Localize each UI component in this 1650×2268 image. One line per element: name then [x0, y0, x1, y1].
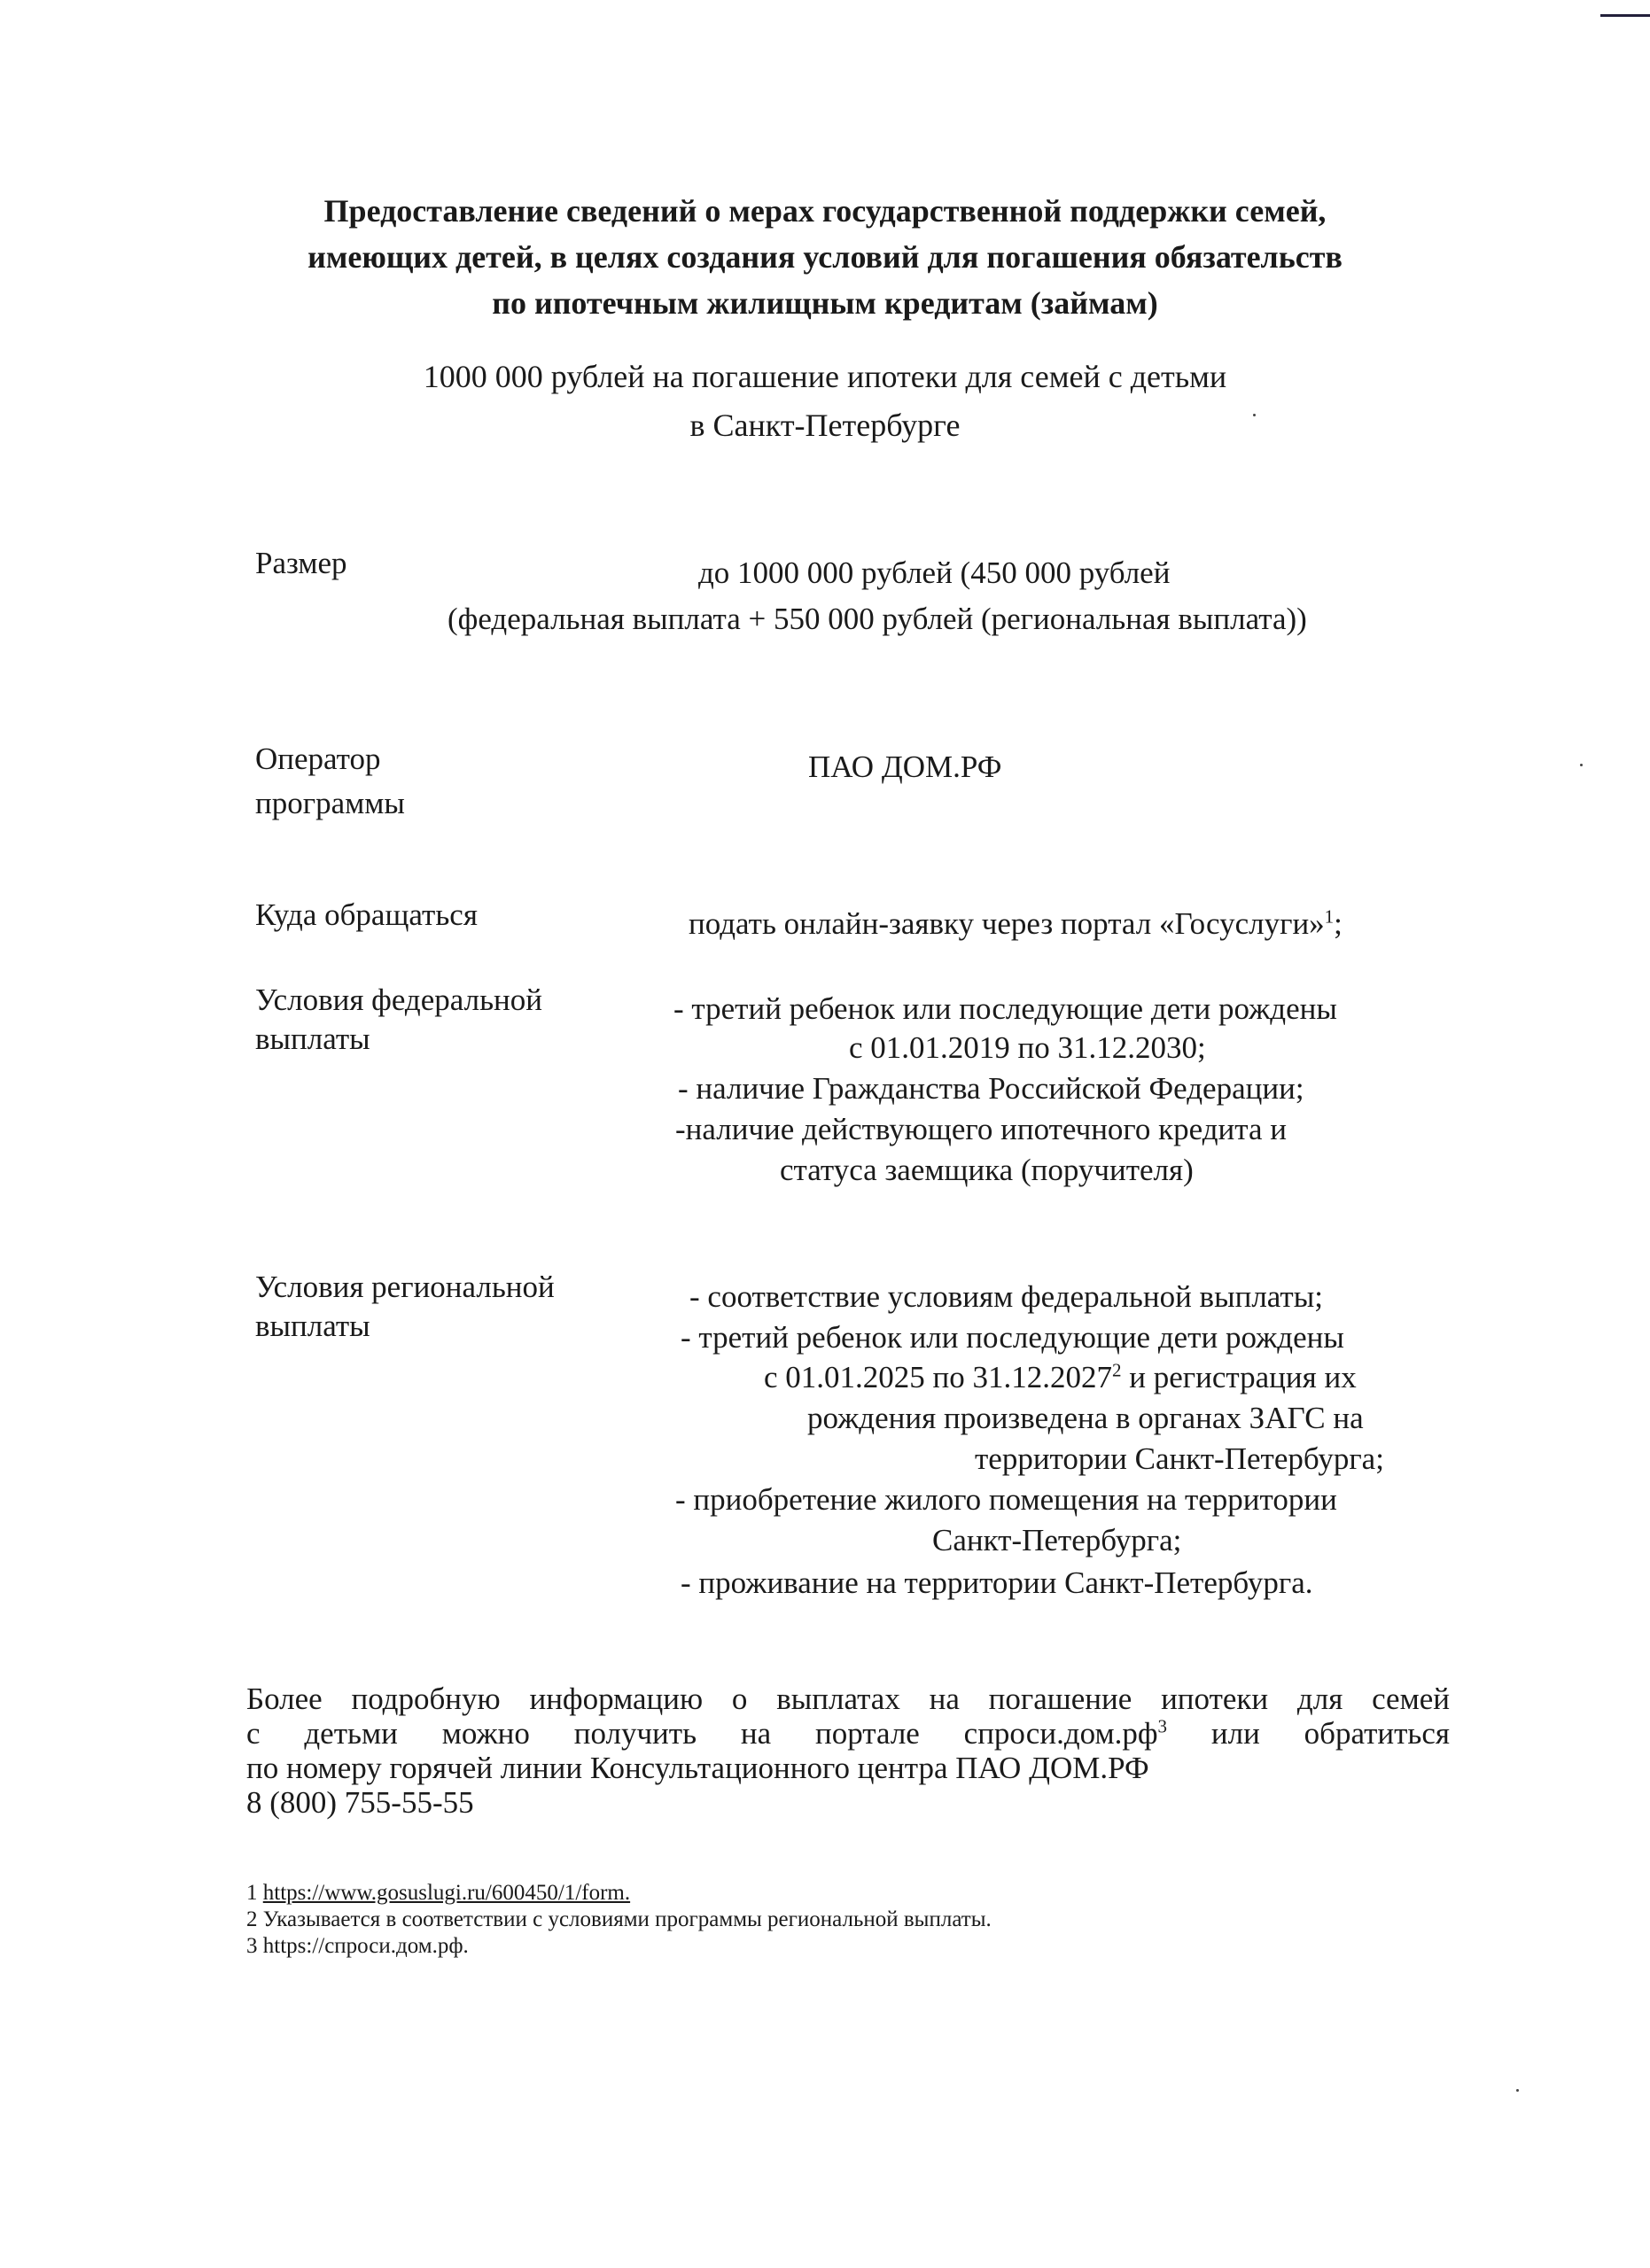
regional-condition-line-1: - соответствие условиям федеральной выпл… — [689, 1278, 1323, 1316]
footnote-3-text: https://спроси.дом.рф. — [263, 1934, 469, 1958]
scan-corner-mark — [1600, 14, 1650, 17]
footnote-ref-2: 2 — [1112, 1359, 1122, 1380]
federal-label-line-1: Условия федеральной — [255, 982, 542, 1019]
regional-condition-line-3: с 01.01.2025 по 31.12.20272 и регистраци… — [764, 1359, 1357, 1396]
footnote-ref-1: 1 — [1325, 905, 1335, 927]
federal-condition-line-4: -наличие действующего ипотечного кредита… — [675, 1111, 1287, 1148]
info-line-3: по номеру горячей линии Консультационног… — [246, 1751, 1450, 1785]
info-paragraph: Более подробную информацию о выплатах на… — [246, 1682, 1450, 1820]
document-title-line-2: имеющих детей, в целях создания условий … — [0, 235, 1650, 279]
size-value-line-1: до 1000 000 рублей (450 000 рублей — [698, 555, 1170, 592]
footnote-3: 3 https://спроси.дом.рф. — [246, 1933, 469, 1959]
regional-condition-line-2: - третий ребенок или последующие дети ро… — [681, 1319, 1344, 1356]
footnote-ref-3: 3 — [1158, 1715, 1168, 1736]
hotline-phone: 8 (800) 755-55-55 — [246, 1785, 1450, 1820]
regional-label-line-1: Условия региональной — [255, 1269, 555, 1306]
subtitle-line-1: 1000 000 рублей на погашение ипотеки для… — [0, 352, 1650, 401]
document-title-line-1: Предоставление сведений о мерах государс… — [0, 189, 1650, 233]
info-line-2-after: или обратиться — [1167, 1716, 1450, 1751]
where-value-text: подать онлайн-заявку через портал «Госус… — [689, 906, 1325, 941]
scan-speck — [1516, 2089, 1519, 2092]
federal-condition-line-5: статуса заемщика (поручителя) — [780, 1152, 1194, 1189]
footnote-3-number: 3 — [246, 1934, 258, 1958]
scan-speck — [1580, 764, 1583, 766]
operator-value: ПАО ДОМ.РФ — [808, 749, 1001, 786]
scan-speck — [1253, 414, 1256, 416]
footnote-2-number: 2 — [246, 1907, 258, 1931]
where-label: Куда обращаться — [255, 897, 478, 934]
gosuslugi-link[interactable]: https://www.gosuslugi.ru/600450/1/form. — [263, 1881, 630, 1905]
regional-condition-line-5: территории Санкт-Петербурга; — [975, 1441, 1384, 1478]
federal-condition-line-2: с 01.01.2019 по 31.12.2030; — [849, 1029, 1206, 1067]
regional-condition-line-4: рождения произведена в органах ЗАГС на — [807, 1400, 1364, 1437]
subtitle-line-2: в Санкт-Петербурге — [0, 400, 1650, 450]
regional-condition-line-8: - проживание на территории Санкт-Петербу… — [681, 1565, 1313, 1602]
where-suffix: ; — [1334, 906, 1343, 941]
document-title-line-3: по ипотечным жилищным кредитам (займам) — [0, 281, 1650, 325]
size-value-line-2: (федеральная выплата + 550 000 рублей (р… — [448, 601, 1307, 638]
where-value: подать онлайн-заявку через портал «Госус… — [689, 905, 1343, 943]
size-label: Размер — [255, 545, 347, 582]
regional-dates-suffix: и регистрация их — [1122, 1360, 1357, 1394]
footnote-1-number: 1 — [246, 1881, 258, 1905]
info-line-1: Более подробную информацию о выплатах на… — [246, 1682, 1450, 1716]
federal-label-line-2: выплаты — [255, 1021, 370, 1058]
federal-condition-line-1: - третий ребенок или последующие дети ро… — [673, 990, 1337, 1028]
regional-label-line-2: выплаты — [255, 1308, 370, 1345]
operator-label-line-2: программы — [255, 785, 405, 822]
info-line-2: с детьми можно получить на портале спрос… — [246, 1716, 1450, 1751]
operator-label-line-1: Оператор — [255, 741, 381, 778]
regional-condition-line-7: Санкт-Петербурга; — [932, 1522, 1181, 1559]
regional-dates: с 01.01.2025 по 31.12.2027 — [764, 1360, 1112, 1394]
info-line-2-text: с детьми можно получить на портале спрос… — [246, 1716, 1158, 1751]
regional-condition-line-6: - приобретение жилого помещения на терри… — [675, 1481, 1337, 1518]
footnote-1: 1 https://www.gosuslugi.ru/600450/1/form… — [246, 1880, 630, 1906]
federal-condition-line-3: - наличие Гражданства Российской Федерац… — [678, 1070, 1304, 1107]
footnote-2: 2 Указывается в соответствии с условиями… — [246, 1907, 992, 1932]
footnote-2-text: Указывается в соответствии с условиями п… — [263, 1907, 992, 1931]
